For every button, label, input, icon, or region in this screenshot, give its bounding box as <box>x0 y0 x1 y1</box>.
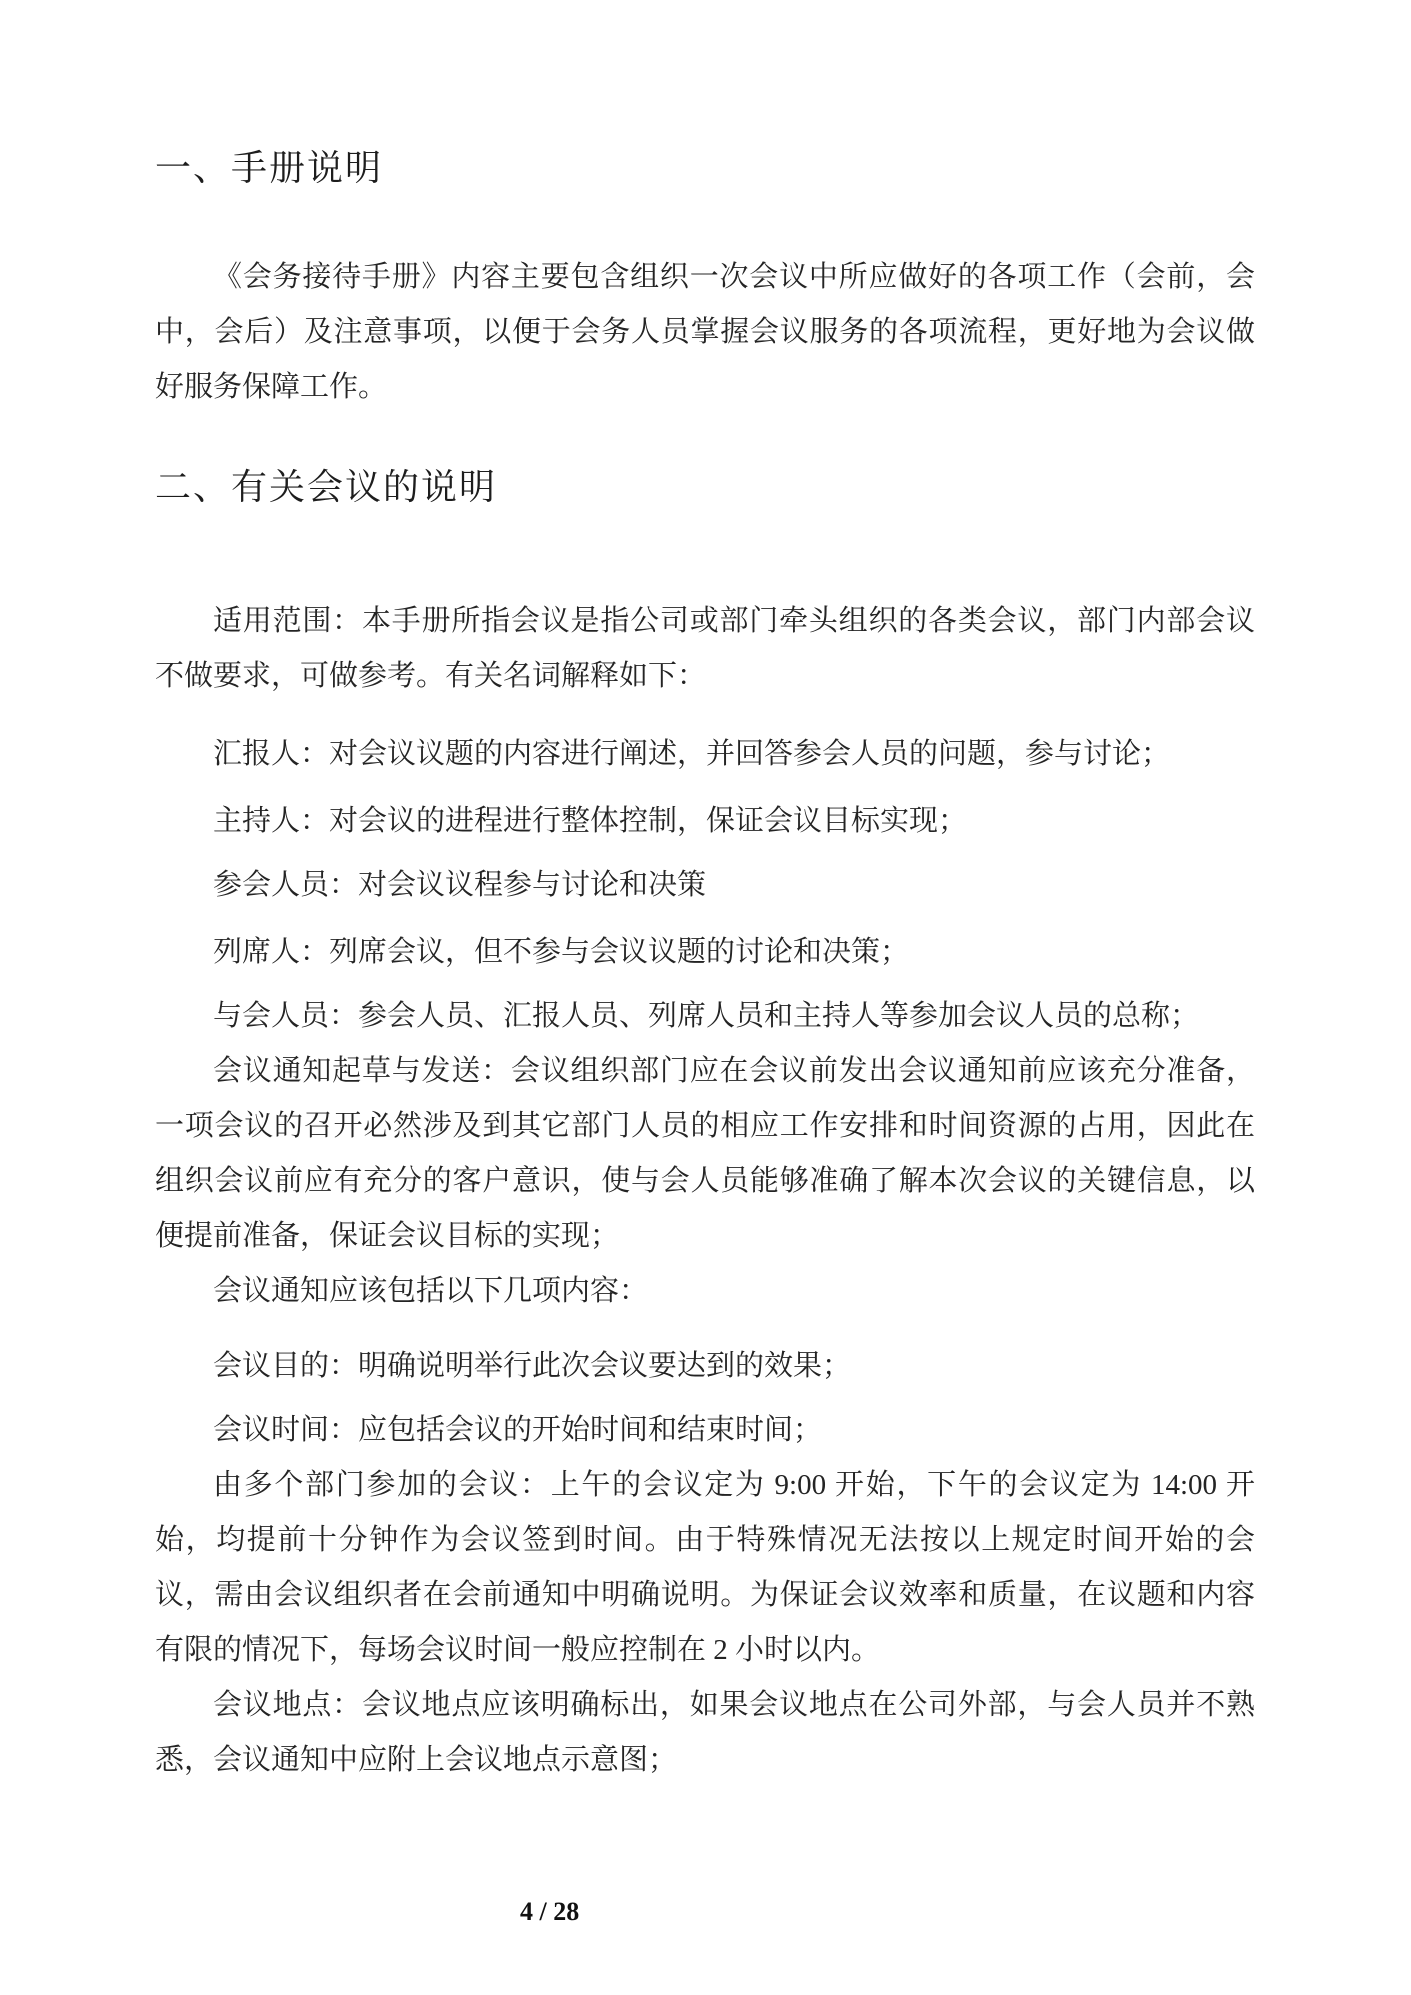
definition-attendees: 参会人员：对会议议程参与讨论和决策 <box>155 858 1255 913</box>
paragraph-notice-draft: 会议通知起草与发送：会议组织部门应在会议前发出会议通知前应该充分准备，一项会议的… <box>155 1044 1255 1264</box>
paragraph-notice-contents-intro: 会议通知应该包括以下几项内容： <box>155 1264 1255 1319</box>
paragraph-manual-intro: 《会务接待手册》内容主要包含组织一次会议中所应做好的各项工作（会前，会中，会后）… <box>155 250 1255 415</box>
definition-observers: 列席人：列席会议，但不参与会议议题的讨论和决策； <box>155 925 1255 980</box>
paragraph-scope: 适用范围：本手册所指会议是指公司或部门牵头组织的各类会议，部门内部会议不做要求，… <box>155 594 1255 704</box>
section-heading-manual-description: 一、手册说明 <box>155 146 1255 190</box>
definition-participants: 与会人员：参会人员、汇报人员、列席人员和主持人等参加会议人员的总称； <box>155 989 1255 1044</box>
definition-host: 主持人：对会议的进程进行整体控制，保证会议目标实现； <box>155 794 1255 849</box>
document-page: 一、手册说明 《会务接待手册》内容主要包含组织一次会议中所应做好的各项工作（会前… <box>0 0 1411 1995</box>
item-meeting-purpose: 会议目的：明确说明举行此次会议要达到的效果； <box>155 1339 1255 1394</box>
paragraph-meeting-location: 会议地点：会议地点应该明确标出，如果会议地点在公司外部，与会人员并不熟悉，会议通… <box>155 1678 1255 1788</box>
page-number: 4 / 28 <box>520 1896 579 1928</box>
item-meeting-time: 会议时间：应包括会议的开始时间和结束时间； <box>155 1403 1255 1458</box>
definition-reporter: 汇报人：对会议议题的内容进行阐述，并回答参会人员的问题，参与讨论； <box>155 727 1255 782</box>
paragraph-meeting-schedule: 由多个部门参加的会议：上午的会议定为 9:00 开始，下午的会议定为 14:00… <box>155 1458 1255 1678</box>
document-content: 一、手册说明 《会务接待手册》内容主要包含组织一次会议中所应做好的各项工作（会前… <box>155 146 1255 1788</box>
section-heading-meeting-notes: 二、有关会议的说明 <box>155 465 1255 509</box>
